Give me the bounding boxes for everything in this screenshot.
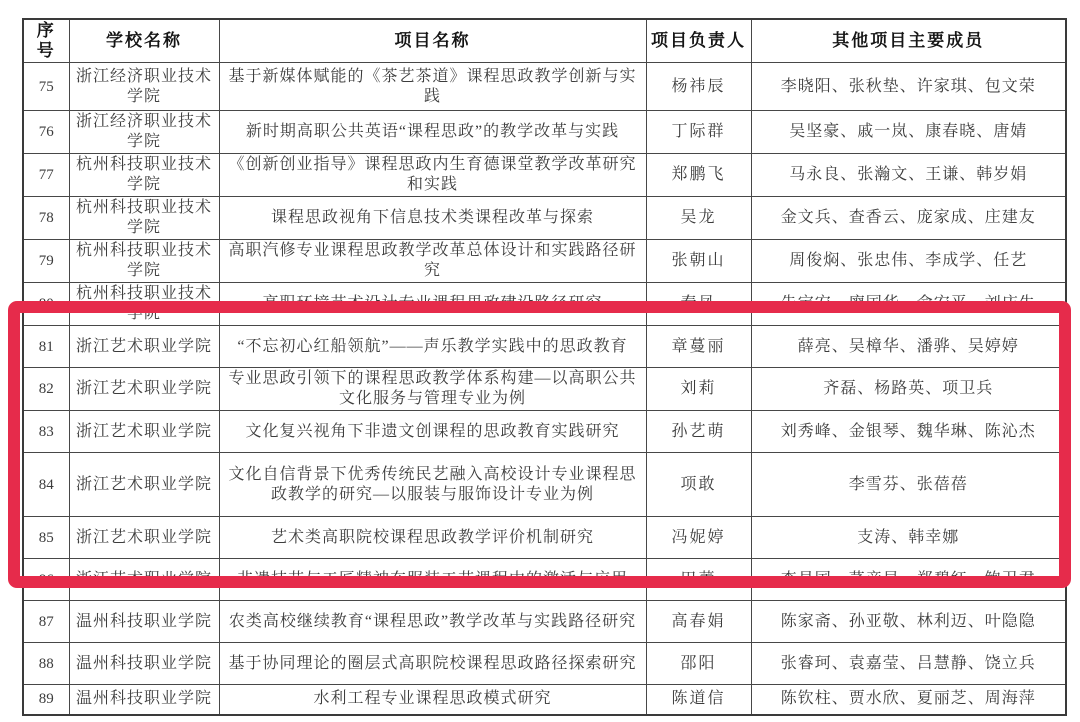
cell-no: 79 <box>23 240 69 283</box>
cell-project: 基于协同理论的圈层式高职院校课程思政路径探索研究 <box>219 643 646 685</box>
cell-members: 齐磊、杨路英、项卫兵 <box>751 368 1066 411</box>
cell-school: 温州科技职业学院 <box>69 685 219 715</box>
column-header: 其他项目主要成员 <box>751 19 1066 63</box>
cell-leader: 刘莉 <box>646 368 751 411</box>
column-header: 项目负责人 <box>646 19 751 63</box>
table-row: 80杭州科技职业技术学院高职环境艺术设计专业课程思政建设路径研究秦凤朱宝宏、廖国… <box>23 283 1066 326</box>
cell-leader: 郑鹏飞 <box>646 154 751 197</box>
cell-leader: 邵阳 <box>646 643 751 685</box>
cell-leader: 陈道信 <box>646 685 751 715</box>
cell-school: 浙江经济职业技术学院 <box>69 63 219 111</box>
cell-no: 88 <box>23 643 69 685</box>
cell-school: 杭州科技职业技术学院 <box>69 240 219 283</box>
table-row: 88温州科技职业学院基于协同理论的圈层式高职院校课程思政路径探索研究邵阳张睿珂、… <box>23 643 1066 685</box>
cell-project: “不忘初心红船领航”——声乐教学实践中的思政教育 <box>219 326 646 368</box>
cell-leader: 章蔓丽 <box>646 326 751 368</box>
cell-school: 浙江艺术职业学院 <box>69 453 219 517</box>
cell-school: 浙江艺术职业学院 <box>69 368 219 411</box>
cell-school: 浙江经济职业技术学院 <box>69 111 219 154</box>
cell-leader: 丁际群 <box>646 111 751 154</box>
cell-members: 李雪芬、张蓓蓓 <box>751 453 1066 517</box>
cell-no: 84 <box>23 453 69 517</box>
cell-members: 张睿珂、袁嘉莹、吕慧静、饶立兵 <box>751 643 1066 685</box>
cell-school: 温州科技职业学院 <box>69 643 219 685</box>
column-header: 学校名称 <box>69 19 219 63</box>
cell-project: 高职汽修专业课程思政教学改革总体设计和实践路径研究 <box>219 240 646 283</box>
cell-project: 农类高校继续教育“课程思政”教学改革与实践路径研究 <box>219 601 646 643</box>
cell-school: 浙江艺术职业学院 <box>69 326 219 368</box>
table-row: 82浙江艺术职业学院专业思政引领下的课程思政教学体系构建—以高职公共文化服务与管… <box>23 368 1066 411</box>
table-row: 86浙江艺术职业学院非遗技艺与工匠精神在服装工艺课程中的激活与应用巴蕾李昌国、茅… <box>23 559 1066 601</box>
cell-no: 77 <box>23 154 69 197</box>
cell-school: 浙江艺术职业学院 <box>69 559 219 601</box>
table-row: 78杭州科技职业技术学院课程思政视角下信息技术类课程改革与探索吴龙金文兵、查香云… <box>23 197 1066 240</box>
cell-no: 83 <box>23 411 69 453</box>
cell-leader: 冯妮婷 <box>646 517 751 559</box>
cell-leader: 高春娟 <box>646 601 751 643</box>
column-header: 项目名称 <box>219 19 646 63</box>
cell-no: 81 <box>23 326 69 368</box>
table-body: 75浙江经济职业技术学院基于新媒体赋能的《茶艺茶道》课程思政教学创新与实践杨祎辰… <box>23 63 1066 715</box>
table-row: 87温州科技职业学院农类高校继续教育“课程思政”教学改革与实践路径研究高春娟陈家… <box>23 601 1066 643</box>
table-row: 79杭州科技职业技术学院高职汽修专业课程思政教学改革总体设计和实践路径研究张朝山… <box>23 240 1066 283</box>
cell-leader: 项敢 <box>646 453 751 517</box>
cell-members: 朱宝宏、廖国华、俞安平、刘庆生 <box>751 283 1066 326</box>
table-row: 75浙江经济职业技术学院基于新媒体赋能的《茶艺茶道》课程思政教学创新与实践杨祎辰… <box>23 63 1066 111</box>
cell-project: 《创新创业指导》课程思政内生育德课堂教学改革研究和实践 <box>219 154 646 197</box>
cell-members: 李晓阳、张秋垫、许家琪、包文荣 <box>751 63 1066 111</box>
cell-leader: 吴龙 <box>646 197 751 240</box>
cell-members: 周俊焖、张忠伟、李成学、任艺 <box>751 240 1066 283</box>
projects-table: 序号学校名称项目名称项目负责人其他项目主要成员 75浙江经济职业技术学院基于新媒… <box>22 18 1067 716</box>
cell-leader: 张朝山 <box>646 240 751 283</box>
cell-members: 薛亮、吴樟华、潘骅、吴婷婷 <box>751 326 1066 368</box>
table-row: 76浙江经济职业技术学院新时期高职公共英语“课程思政”的教学改革与实践丁际群吴坚… <box>23 111 1066 154</box>
cell-no: 76 <box>23 111 69 154</box>
cell-school: 浙江艺术职业学院 <box>69 411 219 453</box>
cell-no: 75 <box>23 63 69 111</box>
cell-leader: 巴蕾 <box>646 559 751 601</box>
document-page: 序号学校名称项目名称项目负责人其他项目主要成员 75浙江经济职业技术学院基于新媒… <box>22 18 1067 716</box>
table-row: 77杭州科技职业技术学院《创新创业指导》课程思政内生育德课堂教学改革研究和实践郑… <box>23 154 1066 197</box>
cell-no: 89 <box>23 685 69 715</box>
table-header-row: 序号学校名称项目名称项目负责人其他项目主要成员 <box>23 19 1066 63</box>
table-row: 84浙江艺术职业学院文化自信背景下优秀传统民艺融入高校设计专业课程思政教学的研究… <box>23 453 1066 517</box>
cell-members: 金文兵、查香云、庞家成、庄建友 <box>751 197 1066 240</box>
cell-no: 86 <box>23 559 69 601</box>
cell-members: 陈钦柱、贾水欣、夏丽芝、周海萍 <box>751 685 1066 715</box>
cell-project: 文化复兴视角下非遗文创课程的思政教育实践研究 <box>219 411 646 453</box>
cell-school: 浙江艺术职业学院 <box>69 517 219 559</box>
table-row: 83浙江艺术职业学院文化复兴视角下非遗文创课程的思政教育实践研究孙艺萌刘秀峰、金… <box>23 411 1066 453</box>
cell-members: 陈家斋、孙亚敬、林利迈、叶隐隐 <box>751 601 1066 643</box>
cell-project: 非遗技艺与工匠精神在服装工艺课程中的激活与应用 <box>219 559 646 601</box>
cell-project: 专业思政引领下的课程思政教学体系构建—以高职公共文化服务与管理专业为例 <box>219 368 646 411</box>
cell-project: 新时期高职公共英语“课程思政”的教学改革与实践 <box>219 111 646 154</box>
cell-project: 基于新媒体赋能的《茶艺茶道》课程思政教学创新与实践 <box>219 63 646 111</box>
cell-members: 马永良、张瀚文、王谦、韩岁娟 <box>751 154 1066 197</box>
cell-leader: 孙艺萌 <box>646 411 751 453</box>
cell-no: 78 <box>23 197 69 240</box>
cell-project: 水利工程专业课程思政模式研究 <box>219 685 646 715</box>
table-row: 81浙江艺术职业学院“不忘初心红船领航”——声乐教学实践中的思政教育章蔓丽薛亮、… <box>23 326 1066 368</box>
cell-no: 82 <box>23 368 69 411</box>
cell-project: 课程思政视角下信息技术类课程改革与探索 <box>219 197 646 240</box>
cell-project: 文化自信背景下优秀传统民艺融入高校设计专业课程思政教学的研究—以服装与服饰设计专… <box>219 453 646 517</box>
cell-members: 支涛、韩幸娜 <box>751 517 1066 559</box>
cell-members: 李昌国、茅彦旻、郑碧红、鲍卫君 <box>751 559 1066 601</box>
cell-no: 80 <box>23 283 69 326</box>
cell-members: 刘秀峰、金银琴、魏华琳、陈沁杰 <box>751 411 1066 453</box>
cell-leader: 秦凤 <box>646 283 751 326</box>
cell-school: 杭州科技职业技术学院 <box>69 283 219 326</box>
cell-leader: 杨祎辰 <box>646 63 751 111</box>
column-header: 序号 <box>23 19 69 63</box>
cell-project: 高职环境艺术设计专业课程思政建设路径研究 <box>219 283 646 326</box>
cell-project: 艺术类高职院校课程思政教学评价机制研究 <box>219 517 646 559</box>
cell-no: 85 <box>23 517 69 559</box>
cell-no: 87 <box>23 601 69 643</box>
cell-school: 杭州科技职业技术学院 <box>69 197 219 240</box>
cell-school: 温州科技职业学院 <box>69 601 219 643</box>
table-row: 85浙江艺术职业学院艺术类高职院校课程思政教学评价机制研究冯妮婷支涛、韩幸娜 <box>23 517 1066 559</box>
cell-school: 杭州科技职业技术学院 <box>69 154 219 197</box>
table-row: 89温州科技职业学院水利工程专业课程思政模式研究陈道信陈钦柱、贾水欣、夏丽芝、周… <box>23 685 1066 715</box>
cell-members: 吴坚豪、戚一岚、康春晓、唐婧 <box>751 111 1066 154</box>
